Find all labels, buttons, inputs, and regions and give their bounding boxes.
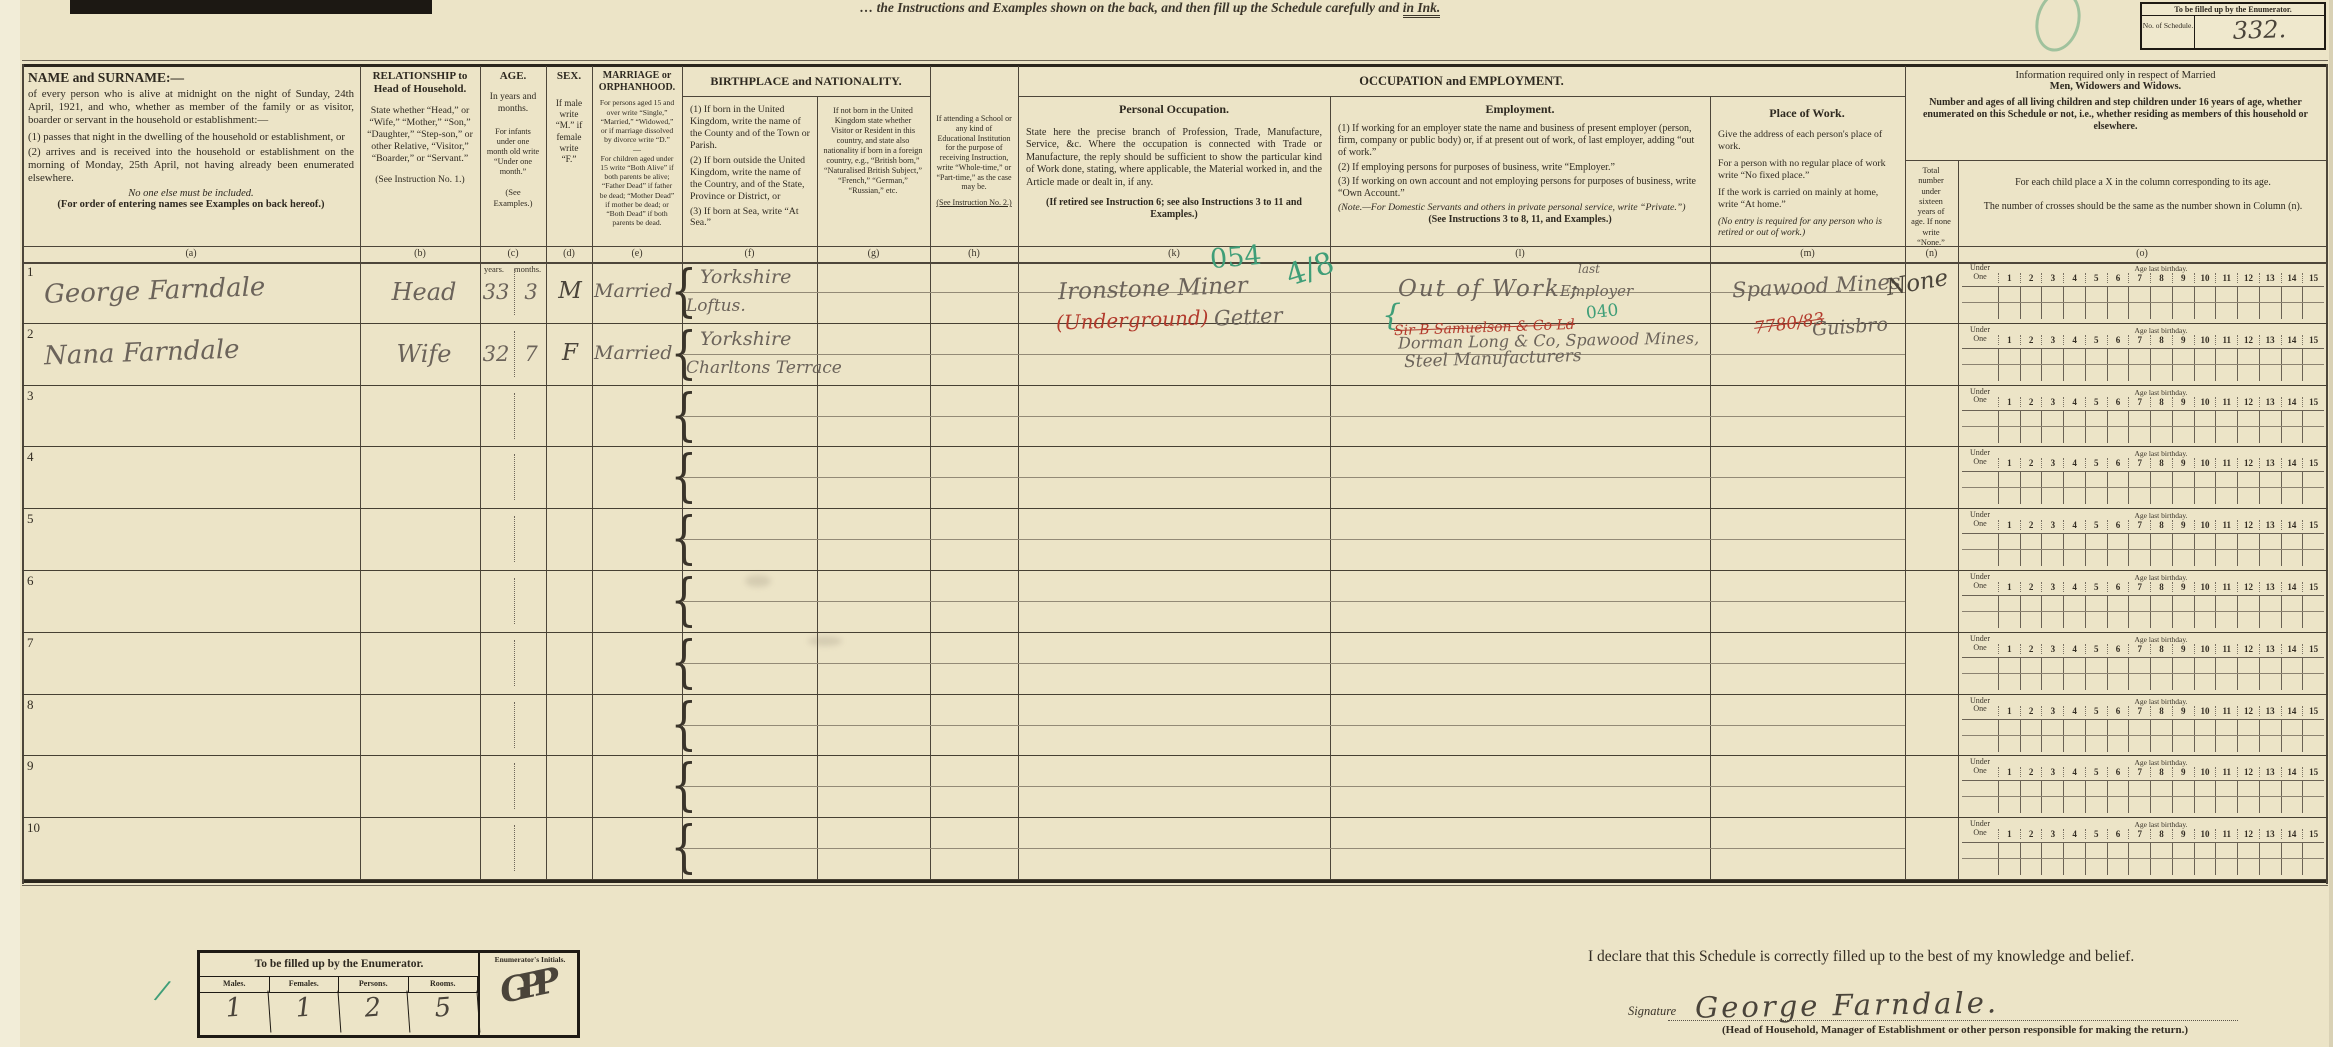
age-grid-cell (1962, 472, 1998, 504)
age-grid-number: 2 (2020, 582, 2042, 592)
sex-entry: F (550, 340, 590, 366)
age-grid-number: 14 (2281, 335, 2303, 345)
age-grid-number: 13 (2259, 273, 2281, 283)
age-grid-cell (2128, 658, 2150, 690)
employment-note2: (See Instructions 3 to 8, 11, and Exampl… (1338, 214, 1702, 226)
row-number: 8 (27, 697, 34, 713)
birthplace-line1-entry: Yorkshire (700, 266, 791, 288)
age-grid-number: 9 (2172, 706, 2194, 716)
age-grid-cell (2194, 534, 2216, 566)
marriage-title: MARRIAGE or ORPHANHOOD. (598, 70, 676, 94)
age-grid-number: 5 (2085, 335, 2107, 345)
age-grid-number: 14 (2281, 829, 2303, 839)
age-grid-number: 9 (2172, 458, 2194, 468)
sex-body: If male write “M.” if female write “F.” (552, 98, 586, 165)
age-grid-number: 12 (2237, 458, 2259, 468)
age-grid-number: 6 (2107, 335, 2129, 345)
enumerator-value-1: 1 (268, 991, 340, 1038)
relationship-note: (See Instruction No. 1.) (366, 175, 474, 187)
birthplace-item2: (2) If born outside the United Kingdom, … (690, 155, 810, 203)
age-grid-numbers: 123456789101112131415 (1998, 582, 2324, 592)
age-grid-number: 2 (2020, 767, 2042, 777)
age-grid-number: 5 (2085, 829, 2107, 839)
age-grid-number: 5 (2085, 582, 2107, 592)
age-grid-number: 5 (2085, 706, 2107, 716)
age-grid-cell (2281, 720, 2303, 752)
children-age-grid: UnderOneAge last birthday.12345678910111… (1962, 449, 2324, 505)
age-grid-number: 10 (2194, 644, 2216, 654)
age-grid-number: 1 (1998, 706, 2020, 716)
enumerator-value-2: 2 (338, 991, 410, 1038)
age-years-months-divider (514, 393, 515, 439)
schedule-row-5: 5{UnderOneAge last birthday.123456789101… (22, 509, 2328, 571)
age-grid-number: 13 (2259, 829, 2281, 839)
age-grid-cell (2215, 411, 2237, 443)
enumerator-value-3: 5 (407, 991, 479, 1038)
name-entry: George Farndale (44, 272, 266, 310)
age-grid-cell (2041, 720, 2063, 752)
letter-o: (o) (1958, 248, 2326, 259)
row-mid-line (682, 725, 1905, 726)
age-grid-cell (2107, 596, 2129, 628)
age-grid-cell (2063, 411, 2085, 443)
age-grid-number: 11 (2215, 397, 2237, 407)
age-grid-number: 11 (2215, 706, 2237, 716)
age-years-months-divider (514, 454, 515, 500)
age-grid-cell (2041, 472, 2063, 504)
age-grid-number: 14 (2281, 706, 2303, 716)
declaration-caption: (Head of Household, Manager of Establish… (1560, 1024, 2333, 1036)
age-grid-number: 1 (1998, 829, 2020, 839)
age-grid-title: Age last birthday. (1998, 758, 2324, 767)
age-grid-title: Age last birthday. (1998, 326, 2324, 335)
age-grid-cell (2215, 596, 2237, 628)
letter-e: (e) (592, 248, 682, 259)
age-grid-cell (2150, 349, 2172, 381)
age-grid-number: 12 (2237, 706, 2259, 716)
education-note: (See Instruction No. 2.) (936, 198, 1012, 208)
header-relationship: RELATIONSHIP to Head of Household. State… (362, 68, 478, 188)
age-grid-number: 11 (2215, 829, 2237, 839)
age-grid-cell (1962, 843, 1998, 875)
age-grid-number: 12 (2237, 397, 2259, 407)
age-grid-cell (2194, 411, 2216, 443)
age-grid-cell (2150, 287, 2172, 319)
age-grid-cell (2085, 349, 2107, 381)
age-years-months-divider (514, 578, 515, 624)
age-grid-cell (2020, 720, 2042, 752)
age-grid-number: 9 (2172, 644, 2194, 654)
letter-f: (f) (682, 248, 817, 259)
age-grid-cell (2041, 843, 2063, 875)
age-grid-number: 7 (2128, 520, 2150, 530)
schedule-number-label: No. of Schedule. (2142, 16, 2195, 48)
children-age-grid: UnderOneAge last birthday.12345678910111… (1962, 511, 2324, 567)
birthplace-item3: (3) If born at Sea, write “At Sea.” (690, 206, 810, 230)
age-grid-cell (2128, 843, 2150, 875)
age-grid-number: 6 (2107, 582, 2129, 592)
header-personal-occupation: Personal Occupation. State here the prec… (1022, 100, 1326, 224)
children-age-grid: UnderOneAge last birthday.12345678910111… (1962, 820, 2324, 876)
marriage-body2: For children aged under 15 write “Both A… (598, 154, 676, 228)
birthplace-line2-entry: Loftus. (686, 296, 746, 316)
age-grid-cell (2194, 349, 2216, 381)
relationship-title: RELATIONSHIP to Head of Household. (366, 70, 474, 97)
age-grid-number: 8 (2150, 397, 2172, 407)
children-age-grid: UnderOneAge last birthday.12345678910111… (1962, 264, 2324, 320)
age-grid-numbers: 123456789101112131415 (1998, 644, 2324, 654)
age-grid-number: 2 (2020, 520, 2042, 530)
age-grid-number: 7 (2128, 273, 2150, 283)
age-grid-cell (1998, 843, 2020, 875)
age-grid-cell (2063, 349, 2085, 381)
age-grid-cell (2215, 349, 2237, 381)
age-grid-number: 12 (2237, 520, 2259, 530)
header-sex: SEX. If male write “M.” if female write … (548, 68, 590, 167)
census-schedule-1921: … the Instructions and Examples shown on… (0, 0, 2333, 1047)
age-grid-numbers: 123456789101112131415 (1998, 520, 2324, 530)
row-number: 7 (27, 635, 34, 651)
age-grid-title: Age last birthday. (1998, 449, 2324, 458)
age-grid-cell (2107, 720, 2129, 752)
age-grid-number: 15 (2302, 644, 2324, 654)
letter-c: (c) (480, 248, 546, 259)
age-grid-number: 3 (2041, 829, 2063, 839)
age-note2: (See Examples.) (486, 187, 540, 208)
age-grid-mid-line (1962, 735, 2324, 736)
age-grid-cell (2281, 411, 2303, 443)
header-married-group: Information required only in respect of … (1907, 68, 2324, 136)
age-grid-number: 1 (1998, 582, 2020, 592)
age-grid-cell (2041, 534, 2063, 566)
enumerator-col-3: Rooms. (409, 977, 479, 992)
age-grid-number: 7 (2128, 397, 2150, 407)
age-grid-cell (2041, 287, 2063, 319)
age-grid-cell (2259, 781, 2281, 813)
age-grid-number: 12 (2237, 582, 2259, 592)
age-grid-cell (1962, 534, 1998, 566)
age-grid-cell (2150, 472, 2172, 504)
age-years-months-divider (514, 640, 515, 686)
age-grid-cell (2063, 843, 2085, 875)
age-grid-number: 14 (2281, 273, 2303, 283)
age-grid-cell (1998, 287, 2020, 319)
age-grid-number: 6 (2107, 273, 2129, 283)
married-note: Number and ages of all living children a… (1911, 97, 2320, 134)
declaration-text: I declare that this Schedule is correctl… (1588, 948, 2333, 966)
age-grid-cell (2215, 843, 2237, 875)
letter-k: (k) (1018, 248, 1330, 259)
age-grid-number: 11 (2215, 458, 2237, 468)
age-grid-number: 13 (2259, 644, 2281, 654)
age-grid-cell (2237, 596, 2259, 628)
age-grid-cell (2172, 534, 2194, 566)
age-grid-number: 15 (2302, 397, 2324, 407)
age-grid-number: 14 (2281, 397, 2303, 407)
age-grid-cell (2150, 596, 2172, 628)
letter-m: (m) (1710, 248, 1905, 259)
employment-item2: (2) If employing persons for purposes of… (1338, 162, 1702, 174)
age-grid-under-one-label: UnderOne (1962, 388, 1998, 406)
age-grid-cell (2085, 411, 2107, 443)
top-instruction: … the Instructions and Examples shown on… (520, 0, 1780, 16)
occupation-code: 054 (1209, 240, 1263, 275)
age-grid-cell (2302, 781, 2324, 813)
name-intro: of every person who is alive at midnight… (28, 88, 354, 128)
age-grid-number: 14 (2281, 458, 2303, 468)
age-grid-number: 8 (2150, 273, 2172, 283)
age-grid-cell (2107, 349, 2129, 381)
age-grid-numbers: 123456789101112131415 (1998, 273, 2324, 283)
age-grid-cell (2259, 596, 2281, 628)
age-grid-number: 8 (2150, 582, 2172, 592)
age-grid-number: 12 (2237, 644, 2259, 654)
age-grid-number: 5 (2085, 520, 2107, 530)
age-grid-cell (2302, 472, 2324, 504)
age-grid-number: 4 (2063, 397, 2085, 407)
header-birthplace: (1) If born in the United Kingdom, write… (686, 102, 814, 231)
age-grid-number: 11 (2215, 767, 2237, 777)
age-grid-number: 10 (2194, 458, 2216, 468)
header-marriage: MARRIAGE or ORPHANHOOD. For persons aged… (594, 68, 680, 230)
married-title1: Information required only in respect of … (1911, 70, 2320, 81)
age-grid-numbers: 123456789101112131415 (1998, 335, 2324, 345)
age-grid-number: 7 (2128, 582, 2150, 592)
green-zero-mark (2029, 0, 2087, 56)
letter-l: (l) (1330, 248, 1710, 259)
age-grid-cell (2107, 843, 2129, 875)
age-grid-mid-line (1962, 858, 2324, 859)
header-place-of-work: Place of Work. Give the address of each … (1714, 104, 1900, 242)
age-grid-cell (2259, 720, 2281, 752)
age-grid-cell (2150, 843, 2172, 875)
employment-item3: (3) If working on own account and not em… (1338, 176, 1702, 200)
age-grid-cell (2020, 843, 2042, 875)
age-grid-title: Age last birthday. (1998, 264, 2324, 273)
age-grid-number: 10 (2194, 520, 2216, 530)
age-years-months-divider (514, 763, 515, 809)
enumerator-box: To be filled up by the Enumerator. Males… (197, 950, 580, 1038)
place-note: (No entry is required for any person who… (1718, 217, 1896, 240)
age-grid-under-one-label: UnderOne (1962, 697, 1998, 715)
age-grid-cell (1962, 658, 1998, 690)
place-item1: Give the address of each person's place … (1718, 129, 1896, 153)
name-note1: No one else must be included. (28, 188, 354, 199)
age-grid-cell (2281, 596, 2303, 628)
age-grid-number: 1 (1998, 273, 2020, 283)
age-grid-number: 13 (2259, 458, 2281, 468)
children-age-grid: UnderOneAge last birthday.12345678910111… (1962, 388, 2324, 444)
age-grid-number: 7 (2128, 829, 2150, 839)
age-grid-cell (2259, 534, 2281, 566)
age-grid-number: 1 (1998, 397, 2020, 407)
age-grid-number: 5 (2085, 767, 2107, 777)
age-grid-cell (2063, 287, 2085, 319)
schedule-row-3: 3{UnderOneAge last birthday.123456789101… (22, 386, 2328, 448)
age-grid-cell (2150, 411, 2172, 443)
age-grid-cell (2063, 781, 2085, 813)
age-grid-number: 14 (2281, 520, 2303, 530)
age-grid-number: 13 (2259, 520, 2281, 530)
age-grid-number: 8 (2150, 458, 2172, 468)
header-nationality: If not born in the United Kingdom state … (819, 104, 927, 198)
age-grid-number: 8 (2150, 520, 2172, 530)
age-grid-cell (2172, 781, 2194, 813)
employment-item1: (1) If working for an employer state the… (1338, 123, 1702, 160)
age-grid-number: 11 (2215, 582, 2237, 592)
age-grid-cell (2215, 658, 2237, 690)
age-grid-cell (1962, 349, 1998, 381)
age-grid-cell (2259, 472, 2281, 504)
age-grid-number: 13 (2259, 582, 2281, 592)
age-grid-number: 11 (2215, 273, 2237, 283)
place-title: Place of Work. (1718, 106, 1896, 121)
header-education: If attending a School or any kind of Edu… (932, 112, 1016, 210)
age-grid-cell (2259, 349, 2281, 381)
age-grid-number: 14 (2281, 767, 2303, 777)
age-grid-cell (2237, 781, 2259, 813)
age-grid-cell (2194, 843, 2216, 875)
age-grid-title: Age last birthday. (1998, 511, 2324, 520)
birthplace-line2-entry: Charltons Terrace (686, 358, 842, 378)
age-grid-cell (2302, 411, 2324, 443)
age-grid-number: 1 (1998, 458, 2020, 468)
schedule-number-box: To be filled up by the Enumerator. No. o… (2140, 2, 2326, 50)
age-grid-cell (2172, 596, 2194, 628)
name-title: NAME and SURNAME:— (28, 70, 354, 86)
row-mid-line (682, 477, 1905, 478)
age-grid-number: 2 (2020, 273, 2042, 283)
age-grid-under-one-label: UnderOne (1962, 264, 1998, 282)
schedule-row-10: 10{UnderOneAge last birthday.12345678910… (22, 818, 2328, 880)
age-grid-number: 7 (2128, 458, 2150, 468)
age-title: AGE. (486, 70, 540, 82)
age-grid-numbers: 123456789101112131415 (1998, 829, 2324, 839)
age-grid-cell (2085, 287, 2107, 319)
age-grid-cell (2259, 843, 2281, 875)
row-mid-line (682, 786, 1905, 787)
age-grid-number: 1 (1998, 520, 2020, 530)
age-grid-number: 15 (2302, 520, 2324, 530)
age-grid-number: 1 (1998, 767, 2020, 777)
header-birthplace-group: BIRTHPLACE and NATIONALITY. (684, 72, 928, 91)
age-grid-cell (2215, 720, 2237, 752)
age-grid-cell (2063, 534, 2085, 566)
age-grid-cell (2237, 349, 2259, 381)
age-grid-cell (2237, 472, 2259, 504)
cutoff-black-bar (70, 0, 432, 14)
age-years-months-divider (514, 269, 515, 315)
age-grid-cell (2172, 287, 2194, 319)
age-grid-cell (2302, 534, 2324, 566)
header-children-ages: For each child place a X in the column c… (1975, 175, 2311, 215)
age-grid-cell (2194, 781, 2216, 813)
age-grid-mid-line (1962, 426, 2324, 427)
age-months-entry: 3 (518, 280, 544, 304)
age-body: In years and months. (486, 92, 540, 115)
age-grid-number: 1 (1998, 644, 2020, 654)
age-grid-number: 9 (2172, 273, 2194, 283)
relationship-entry: Wife (368, 340, 480, 368)
row-number: 2 (27, 326, 34, 342)
age-grid-mid-line (1962, 487, 2324, 488)
age-grid-number: 13 (2259, 335, 2281, 345)
age-grid-number: 2 (2020, 829, 2042, 839)
row-mid-line (682, 354, 1905, 355)
header-employment: Employment. (1) If working for an employ… (1334, 100, 1706, 228)
row-mid-line (682, 663, 1905, 664)
age-grid-cell (2128, 411, 2150, 443)
employment-out-of-work: Out of Work ; (1398, 276, 1580, 302)
education-body: If attending a School or any kind of Edu… (936, 114, 1012, 192)
age-grid-title: Age last birthday. (1998, 388, 2324, 397)
age-grid-cell (2063, 658, 2085, 690)
age-grid-cell (2085, 843, 2107, 875)
top-instruction-ink: in Ink. (1403, 0, 1441, 18)
signature-value: George Farndale. (1695, 985, 2000, 1024)
age-grid-number: 2 (2020, 644, 2042, 654)
age-grid-number: 1 (1998, 335, 2020, 345)
age-grid-cell (2107, 411, 2129, 443)
age-grid-number: 8 (2150, 335, 2172, 345)
age-grid-number: 10 (2194, 767, 2216, 777)
age-grid-number: 15 (2302, 767, 2324, 777)
age-grid-cell (2150, 720, 2172, 752)
age-grid-cell (2107, 472, 2129, 504)
age-grid-under-one-label: UnderOne (1962, 758, 1998, 776)
age-grid-cell (2041, 411, 2063, 443)
age-grid-number: 15 (2302, 273, 2324, 283)
age-grid-cell (2063, 720, 2085, 752)
header-occupation-group: OCCUPATION and EMPLOYMENT. (1020, 72, 1903, 91)
letter-h: (h) (930, 248, 1018, 259)
married-title2: Men, Widowers and Widows. (1911, 81, 2320, 92)
place-item3: If the work is carried on mainly at home… (1718, 187, 1896, 211)
age-grid-cell (2041, 349, 2063, 381)
age-grid-number: 10 (2194, 397, 2216, 407)
sex-entry: M (550, 278, 590, 304)
age-grid-cell (2172, 472, 2194, 504)
age-grid-cell (2172, 349, 2194, 381)
age-grid-number: 14 (2281, 582, 2303, 592)
age-grid-under-one-label: UnderOne (1962, 820, 1998, 838)
age-grid-cell (2194, 472, 2216, 504)
row-number: 4 (27, 449, 34, 465)
age-grid-under-one-label: UnderOne (1962, 635, 1998, 653)
age-grid-cell (2215, 781, 2237, 813)
age-years-months-divider (514, 825, 515, 871)
age-grid-number: 7 (2128, 767, 2150, 777)
age-grid-cell (2063, 472, 2085, 504)
age-grid-cell (2215, 534, 2237, 566)
age-grid-cell (2020, 781, 2042, 813)
age-grid-cell (2194, 596, 2216, 628)
age-grid-title: Age last birthday. (1998, 573, 2324, 582)
age-grid-cell (1998, 658, 2020, 690)
age-grid-number: 3 (2041, 582, 2063, 592)
schedule-row-8: 8{UnderOneAge last birthday.123456789101… (22, 695, 2328, 757)
occupation-title: Personal Occupation. (1026, 102, 1322, 117)
age-grid-number: 9 (2172, 335, 2194, 345)
age-grid-number: 11 (2215, 520, 2237, 530)
age-grid-number: 13 (2259, 767, 2281, 777)
age-grid-cell (2085, 472, 2107, 504)
age-grid-number: 9 (2172, 520, 2194, 530)
age-grid-cell (1962, 720, 1998, 752)
age-grid-cell (2085, 720, 2107, 752)
age-grid-number: 9 (2172, 767, 2194, 777)
letter-g: (g) (817, 248, 930, 259)
